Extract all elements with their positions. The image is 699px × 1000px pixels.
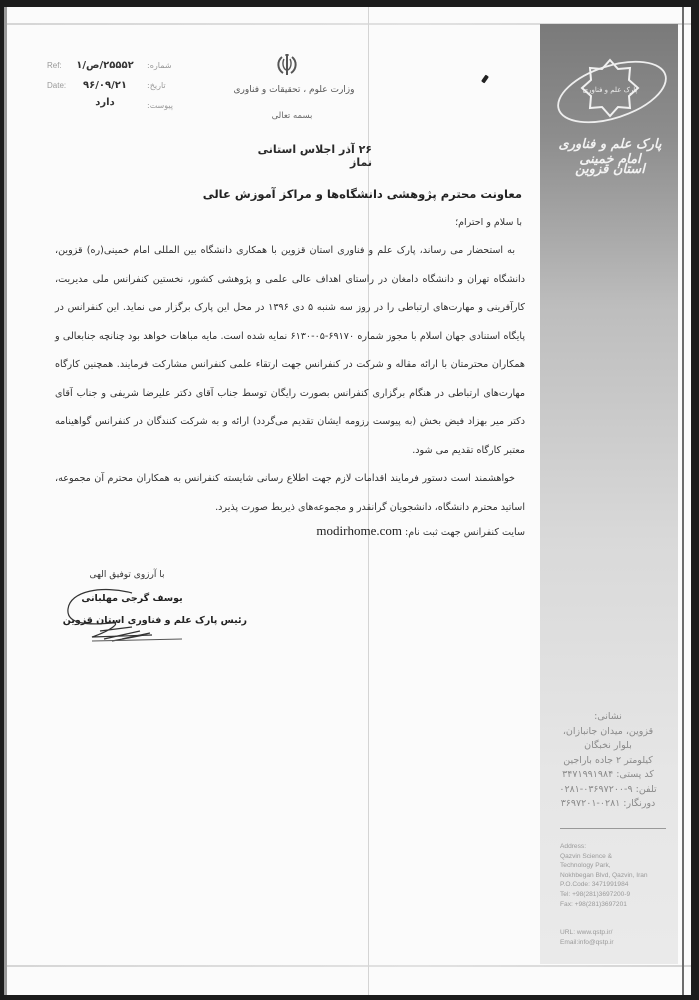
website-url: modirhome.com	[316, 523, 402, 538]
contact-fa-line: دورنگار: ۰۲۸۱-۳۶۹۷۲۰۱	[546, 797, 670, 812]
ref-label-en: Ref:	[47, 61, 62, 70]
contact-fa-line: کیلومتر ۲ جاده باراجین	[546, 754, 670, 769]
ref-row: Ref: ۲۵۵۵۲/ص/۱ شماره:	[43, 61, 183, 75]
date-value: ۹۶/۰۹/۲۱	[75, 80, 135, 91]
svg-text:پارک علم و فناوری: پارک علم و فناوری	[583, 86, 638, 94]
website-line: سایت کنفرانس جهت ثبت نام: modirhome.com	[207, 523, 525, 539]
handwritten-signature-icon	[62, 579, 192, 649]
letter-page: وزارت علوم ، تحقیقات و فناوری بسمه تعالی…	[4, 7, 691, 995]
letterhead-sidebar: پارک علم و فناوری پارک علم و فناوری امام…	[540, 24, 678, 964]
subject-line: ۲۶ آذر اجلاس استانی نماز	[237, 143, 372, 169]
contact-en-line: Fax: +98(281)3697201	[560, 900, 678, 910]
pen-mark	[481, 75, 489, 84]
park-logo: پارک علم و فناوری پارک علم و فناوری امام…	[550, 44, 670, 214]
greeting: با سلام و احترام؛	[307, 217, 522, 228]
contact-fa-line: تلفن: ۹-۰۳۶۹۷۲۰۰-۰۲۸۱	[546, 783, 670, 798]
page-edge-right	[682, 7, 684, 995]
date-label-en: Date:	[47, 81, 66, 90]
contact-fa-line: نشانی:	[546, 710, 670, 725]
website-url-line: URL: www.qstp.ir/	[560, 928, 678, 938]
contact-english: Address: Qazvin Science & Technology Par…	[560, 842, 678, 947]
website-label: سایت کنفرانس جهت ثبت نام:	[405, 527, 525, 538]
ministry-name: وزارت علوم ، تحقیقات و فناوری	[219, 85, 369, 95]
iran-emblem-icon	[273, 51, 301, 79]
contact-en-line: Address:	[560, 842, 678, 852]
contact-en-line: Tel: +98(281)3697200-9	[560, 890, 678, 900]
contact-fa-line: کد پستی: ۳۴۷۱۹۹۱۹۸۴	[546, 768, 670, 783]
star-logo-icon: پارک علم و فناوری	[550, 44, 670, 139]
contact-fa-line: بلوار نخبگان	[546, 739, 670, 754]
date-row: Date: ۹۶/۰۹/۲۱ تاریخ:	[43, 81, 183, 95]
contact-persian: نشانی: قزوین، میدان جانبازان، بلوار نخبگ…	[546, 710, 670, 812]
body-paragraph-2: خواهشمند است دستور فرمایند اقدامات لازم …	[55, 465, 525, 522]
email-line: Email:info@qstp.ir	[560, 938, 678, 948]
reference-block: Ref: ۲۵۵۵۲/ص/۱ شماره: Date: ۹۶/۰۹/۲۱ تار…	[43, 59, 183, 119]
date-label-fa: تاریخ:	[147, 81, 166, 90]
attachment-row: دارد پیوست:	[43, 101, 183, 115]
body-paragraph-1: به استحضار می رساند، پارک علم و فناوری ا…	[55, 237, 525, 465]
sidebar-divider	[560, 828, 666, 829]
logo-line-2: استان قزوین	[550, 162, 670, 177]
contact-fa-line: قزوین، میدان جانبازان،	[546, 725, 670, 740]
contact-en-line: Nokhbegan Blvd, Qazvin, Iran	[560, 871, 678, 881]
attachment-value: دارد	[75, 97, 135, 108]
contact-en-line: P.O.Code: 3471991984	[560, 880, 678, 890]
contact-en-line: Qazvin Science &	[560, 852, 678, 862]
ref-label-fa: شماره:	[147, 61, 172, 70]
addressee: معاونت محترم پژوهشی دانشگاه‌ها و مراکز آ…	[157, 187, 522, 201]
bismillah: بسمه تعالی	[227, 111, 357, 121]
scan-edge-bottom	[7, 965, 691, 967]
attachment-label-fa: پیوست:	[147, 101, 173, 110]
contact-en-line: Technology Park,	[560, 861, 678, 871]
ref-number: ۲۵۵۵۲/ص/۱	[75, 60, 135, 71]
